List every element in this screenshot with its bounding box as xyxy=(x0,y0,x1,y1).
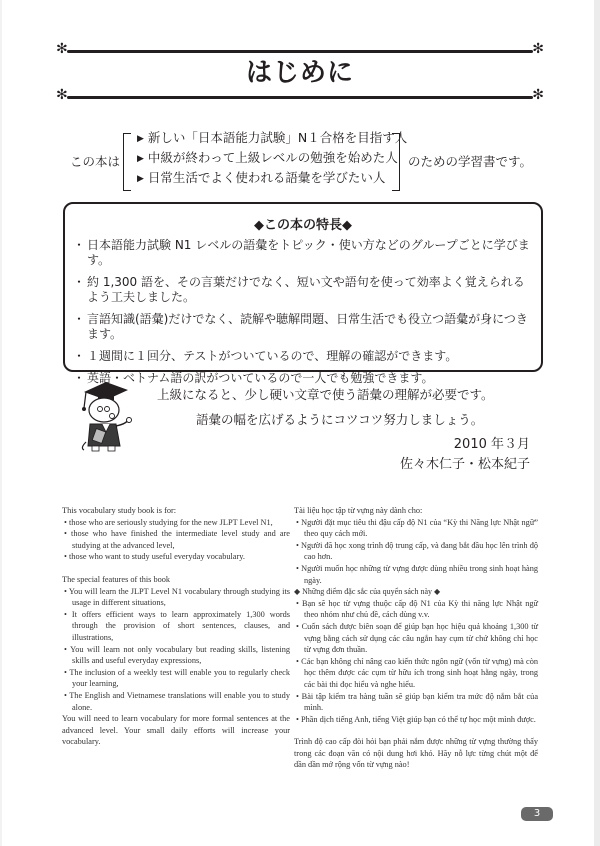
divider-line xyxy=(67,96,533,99)
english-audience-list: those who are seriously studying for the… xyxy=(62,517,290,563)
signature-date: 2010 年３月 xyxy=(454,433,530,452)
intro-section: この本は ▶新しい「日本語能力試験」N１合格を目指す人 ▶中級が終わって上級レベ… xyxy=(0,130,600,192)
bracket-left xyxy=(123,133,131,191)
asterisk-icon: ✻ xyxy=(56,42,68,56)
asterisk-icon: ✻ xyxy=(56,88,68,102)
target-reader-text: 日常生活でよく使われる語彙を学びたい人 xyxy=(148,170,386,185)
triangle-right-icon: ▶ xyxy=(137,134,144,144)
feature-item: 言語知識(語彙)だけでなく、読解や聴解問題、日常生活でも役立つ語彙が身につきます… xyxy=(73,312,535,342)
vietnamese-feature-item: Phần dịch tiếng Anh, tiếng Việt giúp bạn… xyxy=(294,714,538,726)
asterisk-icon: ✻ xyxy=(532,88,544,102)
feature-item: 日本語能力試験 N1 レベルの語彙をトピック・使い方などのグループごとに学びます… xyxy=(73,238,535,268)
feature-item: 約 1,300 語を、その言葉だけでなく、短い文や語句を使って効率よく覚えられる… xyxy=(73,275,535,305)
page-title: はじめに xyxy=(0,58,600,88)
english-audience-item: those who are seriously studying for the… xyxy=(62,517,290,529)
english-feature-item: You will learn the JLPT Level N1 vocabul… xyxy=(62,586,290,609)
english-feature-item: You will learn not only vocabulary but r… xyxy=(62,644,290,667)
english-audience-item: those who have finished the intermediate… xyxy=(62,528,290,551)
page-edge-left xyxy=(0,0,2,846)
vietnamese-audience-item: Người đã học xong trình độ trung cấp, và… xyxy=(294,540,538,563)
signature-authors: 佐々木仁子・松本紀子 xyxy=(400,453,530,472)
feature-item: 英語・ベトナム語の訳がついているので一人でも勉強できます。 xyxy=(73,371,535,386)
english-feature-item: The inclusion of a weekly test will enab… xyxy=(62,667,290,690)
english-feature-item: It offers efficient ways to learn approx… xyxy=(62,609,290,644)
english-feature-item: The English and Vietnamese translations … xyxy=(62,690,290,713)
divider-line xyxy=(67,50,533,53)
features-box: ◆この本の特長◆ 日本語能力試験 N1 レベルの語彙をトピック・使い方などのグル… xyxy=(63,202,543,372)
closing-message-line-2: 語彙の幅を広げるようにコツコツ努力しましょう。 xyxy=(196,410,483,428)
cat-graduate-mascot-icon xyxy=(76,380,136,452)
title-rule-bottom: ✻ ✻ xyxy=(58,90,542,104)
english-translation-column: This vocabulary study book is for: those… xyxy=(62,505,290,748)
vietnamese-audience-item: Người muốn học những từ vựng được dùng n… xyxy=(294,563,538,586)
target-reader-text: 新しい「日本語能力試験」N１合格を目指す人 xyxy=(148,130,407,145)
bracket-right xyxy=(392,133,400,191)
intro-tail: のための学習書です。 xyxy=(408,152,532,170)
vietnamese-translation-column: Tài liệu học tập từ vựng này dành cho: N… xyxy=(294,505,538,771)
vietnamese-closing: Trình độ cao cấp đòi hỏi bạn phải nắm đư… xyxy=(294,736,538,771)
vietnamese-feature-item: Cuốn sách được biên soạn để giúp bạn học… xyxy=(294,621,538,656)
spacer xyxy=(294,725,538,736)
triangle-right-icon: ▶ xyxy=(137,154,144,164)
vietnamese-feature-item: Bài tập kiểm tra hàng tuần sẽ giúp bạn k… xyxy=(294,691,538,714)
vietnamese-intro: Tài liệu học tập từ vựng này dành cho: xyxy=(294,505,538,517)
features-heading: ◆この本の特長◆ xyxy=(65,214,541,233)
vietnamese-feature-item: Bạn sẽ học từ vựng thuộc cấp độ N1 của K… xyxy=(294,598,538,621)
title-rule-top: ✻ ✻ xyxy=(58,44,542,58)
english-features-list: You will learn the JLPT Level N1 vocabul… xyxy=(62,586,290,714)
feature-item: １週間に１回分、テストがついているので、理解の確認ができます。 xyxy=(73,349,535,364)
vietnamese-audience-list: Người đặt mục tiêu thi đậu cấp độ N1 của… xyxy=(294,517,538,587)
english-closing: You will need to learn vocabulary for mo… xyxy=(62,713,290,748)
vietnamese-features-list: Bạn sẽ học từ vựng thuộc cấp độ N1 của K… xyxy=(294,598,538,726)
target-reader-item: ▶中級が終わって上級レベルの勉強を始めた人 xyxy=(137,150,407,170)
page-number-badge: 3 xyxy=(521,807,553,821)
target-reader-item: ▶日常生活でよく使われる語彙を学びたい人 xyxy=(137,170,407,190)
vietnamese-audience-item: Người đặt mục tiêu thi đậu cấp độ N1 của… xyxy=(294,517,538,540)
intro-lead: この本は xyxy=(70,152,120,170)
vietnamese-features-heading: ◆ Những điểm đặc sắc của quyển sách này … xyxy=(294,586,538,598)
triangle-right-icon: ▶ xyxy=(137,174,144,184)
english-intro: This vocabulary study book is for: xyxy=(62,505,290,517)
english-features-heading: The special features of this book xyxy=(62,574,290,586)
closing-message-line-1: 上級になると、少し硬い文章で使う語彙の理解が必要です。 xyxy=(157,385,494,403)
target-reader-text: 中級が終わって上級レベルの勉強を始めた人 xyxy=(148,150,398,165)
page-edge-right xyxy=(594,0,600,846)
vietnamese-feature-item: Các bạn không chỉ nâng cao kiến thức ngô… xyxy=(294,656,538,691)
features-list: 日本語能力試験 N1 レベルの語彙をトピック・使い方などのグループごとに学びます… xyxy=(73,238,535,393)
target-reader-item: ▶新しい「日本語能力試験」N１合格を目指す人 xyxy=(137,130,407,150)
target-reader-list: ▶新しい「日本語能力試験」N１合格を目指す人 ▶中級が終わって上級レベルの勉強を… xyxy=(137,130,407,190)
english-audience-item: those who want to study useful everyday … xyxy=(62,551,290,563)
asterisk-icon: ✻ xyxy=(532,42,544,56)
spacer xyxy=(62,563,290,574)
